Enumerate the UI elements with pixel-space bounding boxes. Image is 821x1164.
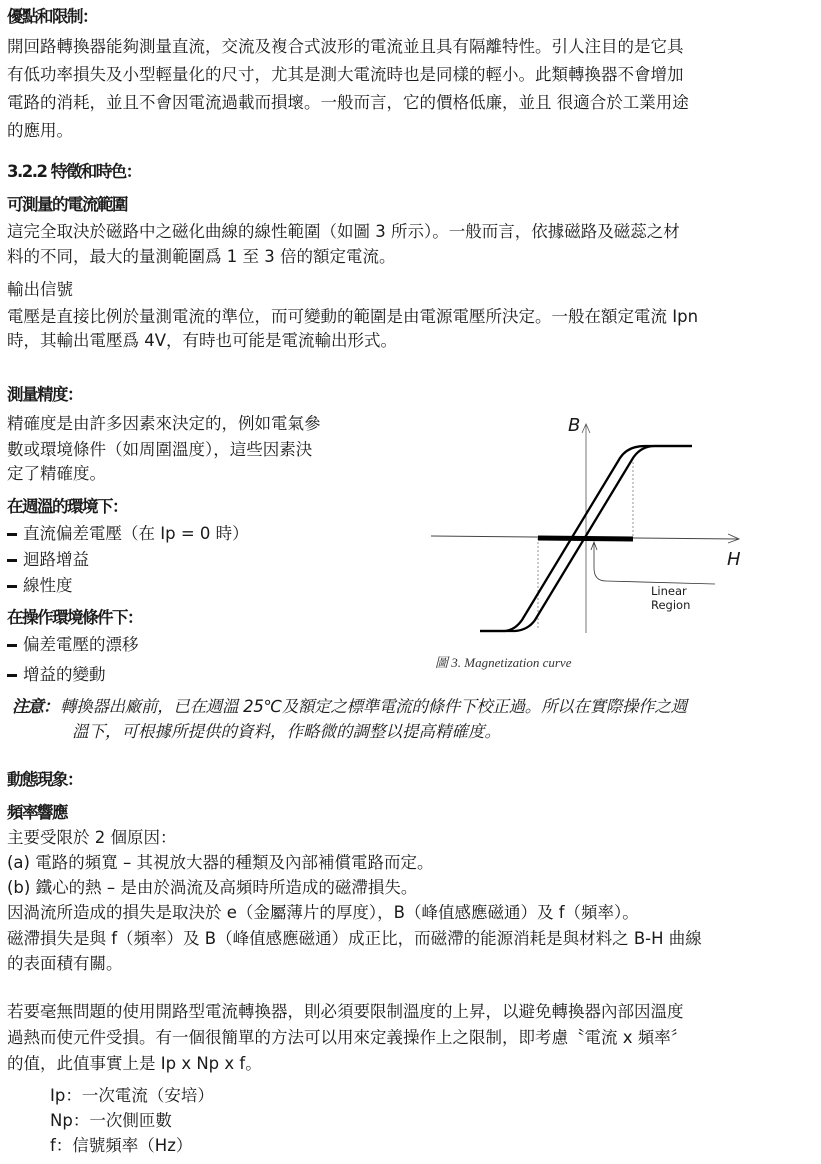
list-item: 增益的變動: [7, 665, 106, 685]
heading-dynamic: 動態現象：: [7, 770, 82, 790]
heading-accuracy: 測量精度：: [7, 385, 82, 405]
definition-f: f：信號頻率（Hz）: [50, 1136, 192, 1156]
annotation-region: Region: [651, 598, 690, 612]
magnetization-curve-figure: [420, 400, 750, 650]
paragraph-line: 有低功率損失及小型輕量化的尺寸，尤其是測大電流時也是同樣的輕小。此類轉換器不會增…: [7, 65, 684, 85]
definition-np: Np：一次側匝數: [50, 1111, 172, 1131]
heading-measurable-range: 可測量的電流範圍: [7, 195, 127, 215]
note-line: 轉換器出廠前，已在週溫 25℃及額定之標準電流的條件下校正過。所以在實際操作之週: [60, 697, 687, 717]
list-item: 線性度: [7, 576, 73, 596]
list-item-text: 直流偏差電壓（在 Ip = 0 時）: [23, 524, 249, 543]
paragraph-line: 這完全取決於磁路中之磁化曲線的線性範圍（如圖 3 所示）。一般而言，依據磁路及磁…: [7, 222, 680, 242]
list-item: 直流偏差電壓（在 Ip = 0 時）: [7, 524, 249, 544]
list-item: 偏差電壓的漂移: [7, 635, 139, 655]
paragraph-line: 電路的消耗，並且不會因電流過載而損壞。一般而言，它的價格低廉，並且 很適合於工業…: [7, 93, 689, 113]
paragraph-line: 定了精確度。: [7, 464, 106, 484]
paragraph-line: (b) 鐵心的熱 – 是由於渦流及高頻時所造成的磁滯損失。: [7, 878, 417, 898]
heading-ambient: 在週溫的環境下：: [7, 497, 127, 517]
paragraph-line: 主要受限於 2 個原因：: [7, 828, 177, 848]
paragraph-line: (a) 電路的頻寬 – 其視放大器的種類及內部補償電路而定。: [7, 853, 433, 873]
heading-advantages: 優點和限制：: [7, 7, 97, 27]
annotation-linear: Linear: [651, 584, 687, 598]
paragraph-line: 電壓是直接比例於量測電流的準位，而可變動的範圍是由電源電壓所決定。一般在額定電流…: [7, 307, 698, 327]
list-item-text: 線性度: [23, 576, 73, 595]
y-axis-label-b: B: [568, 416, 580, 436]
list-item: 迴路增益: [7, 550, 89, 570]
dash-bullet-icon: [7, 559, 17, 562]
paragraph-line: 的應用。: [7, 121, 73, 141]
paragraph-line: 因渦流所造成的損失是取決於 e（金屬薄片的厚度），B（峰值感應磁通）及 f（頻率…: [7, 903, 639, 923]
paragraph-line: 精確度是由許多因素來決定的，例如電氣參: [7, 414, 321, 434]
note-line: 溫下，可根據所提供的資料，作略微的調整以提高精確度。: [72, 722, 501, 742]
paragraph-line: 開回路轉換器能夠測量直流，交流及複合式波形的電流並且具有隔離特性。引人注目的是它…: [7, 37, 684, 57]
paragraph-line: 的值，此值事實上是 Ip x Np x f。: [7, 1054, 262, 1074]
dash-bullet-icon: [7, 644, 17, 647]
dash-bullet-icon: [7, 585, 17, 588]
list-item-text: 迴路增益: [23, 550, 89, 569]
list-item-text: 偏差電壓的漂移: [23, 635, 139, 654]
heading-operating: 在操作環境條件下：: [7, 608, 142, 628]
heading-output-signal: 輸出信號: [7, 280, 73, 300]
note-label: 注意：: [12, 697, 59, 717]
paragraph-line: 料的不同，最大的量測範圍爲 1 至 3 倍的額定電流。: [7, 247, 395, 267]
dash-bullet-icon: [7, 674, 17, 677]
x-axis-label-h: H: [727, 550, 741, 570]
definition-ip: Ip：一次電流（安培）: [50, 1086, 214, 1106]
paragraph-line: 的表面積有關。: [7, 954, 123, 974]
figure-caption: 圖 3. Magnetization curve: [435, 653, 571, 673]
paragraph-line: 數或環境條件（如周圍溫度），這些因素決: [7, 440, 312, 460]
list-item-text: 增益的變動: [23, 665, 106, 684]
dash-bullet-icon: [7, 533, 17, 536]
paragraph-line: 過熱而使元件受損。有一個很簡單的方法可以用來定義操作上之限制，即考慮〝電流 x …: [7, 1028, 687, 1048]
paragraph-line: 磁滯損失是與 f（頻率）及 B（峰值感應磁通）成正比，而磁滯的能源消耗是與材料之…: [7, 929, 702, 949]
heading-features: 3.2.2 特徵和時色：: [7, 162, 141, 182]
paragraph-line: 時，其輸出電壓爲 4V，有時也可能是電流輸出形式。: [7, 331, 397, 351]
paragraph-line: 若要毫無問題的使用開路型電流轉換器，則必須要限制溫度的上昇，以避免轉換器內部因溫…: [7, 1002, 684, 1022]
heading-frequency-response: 頻率響應: [7, 803, 67, 823]
